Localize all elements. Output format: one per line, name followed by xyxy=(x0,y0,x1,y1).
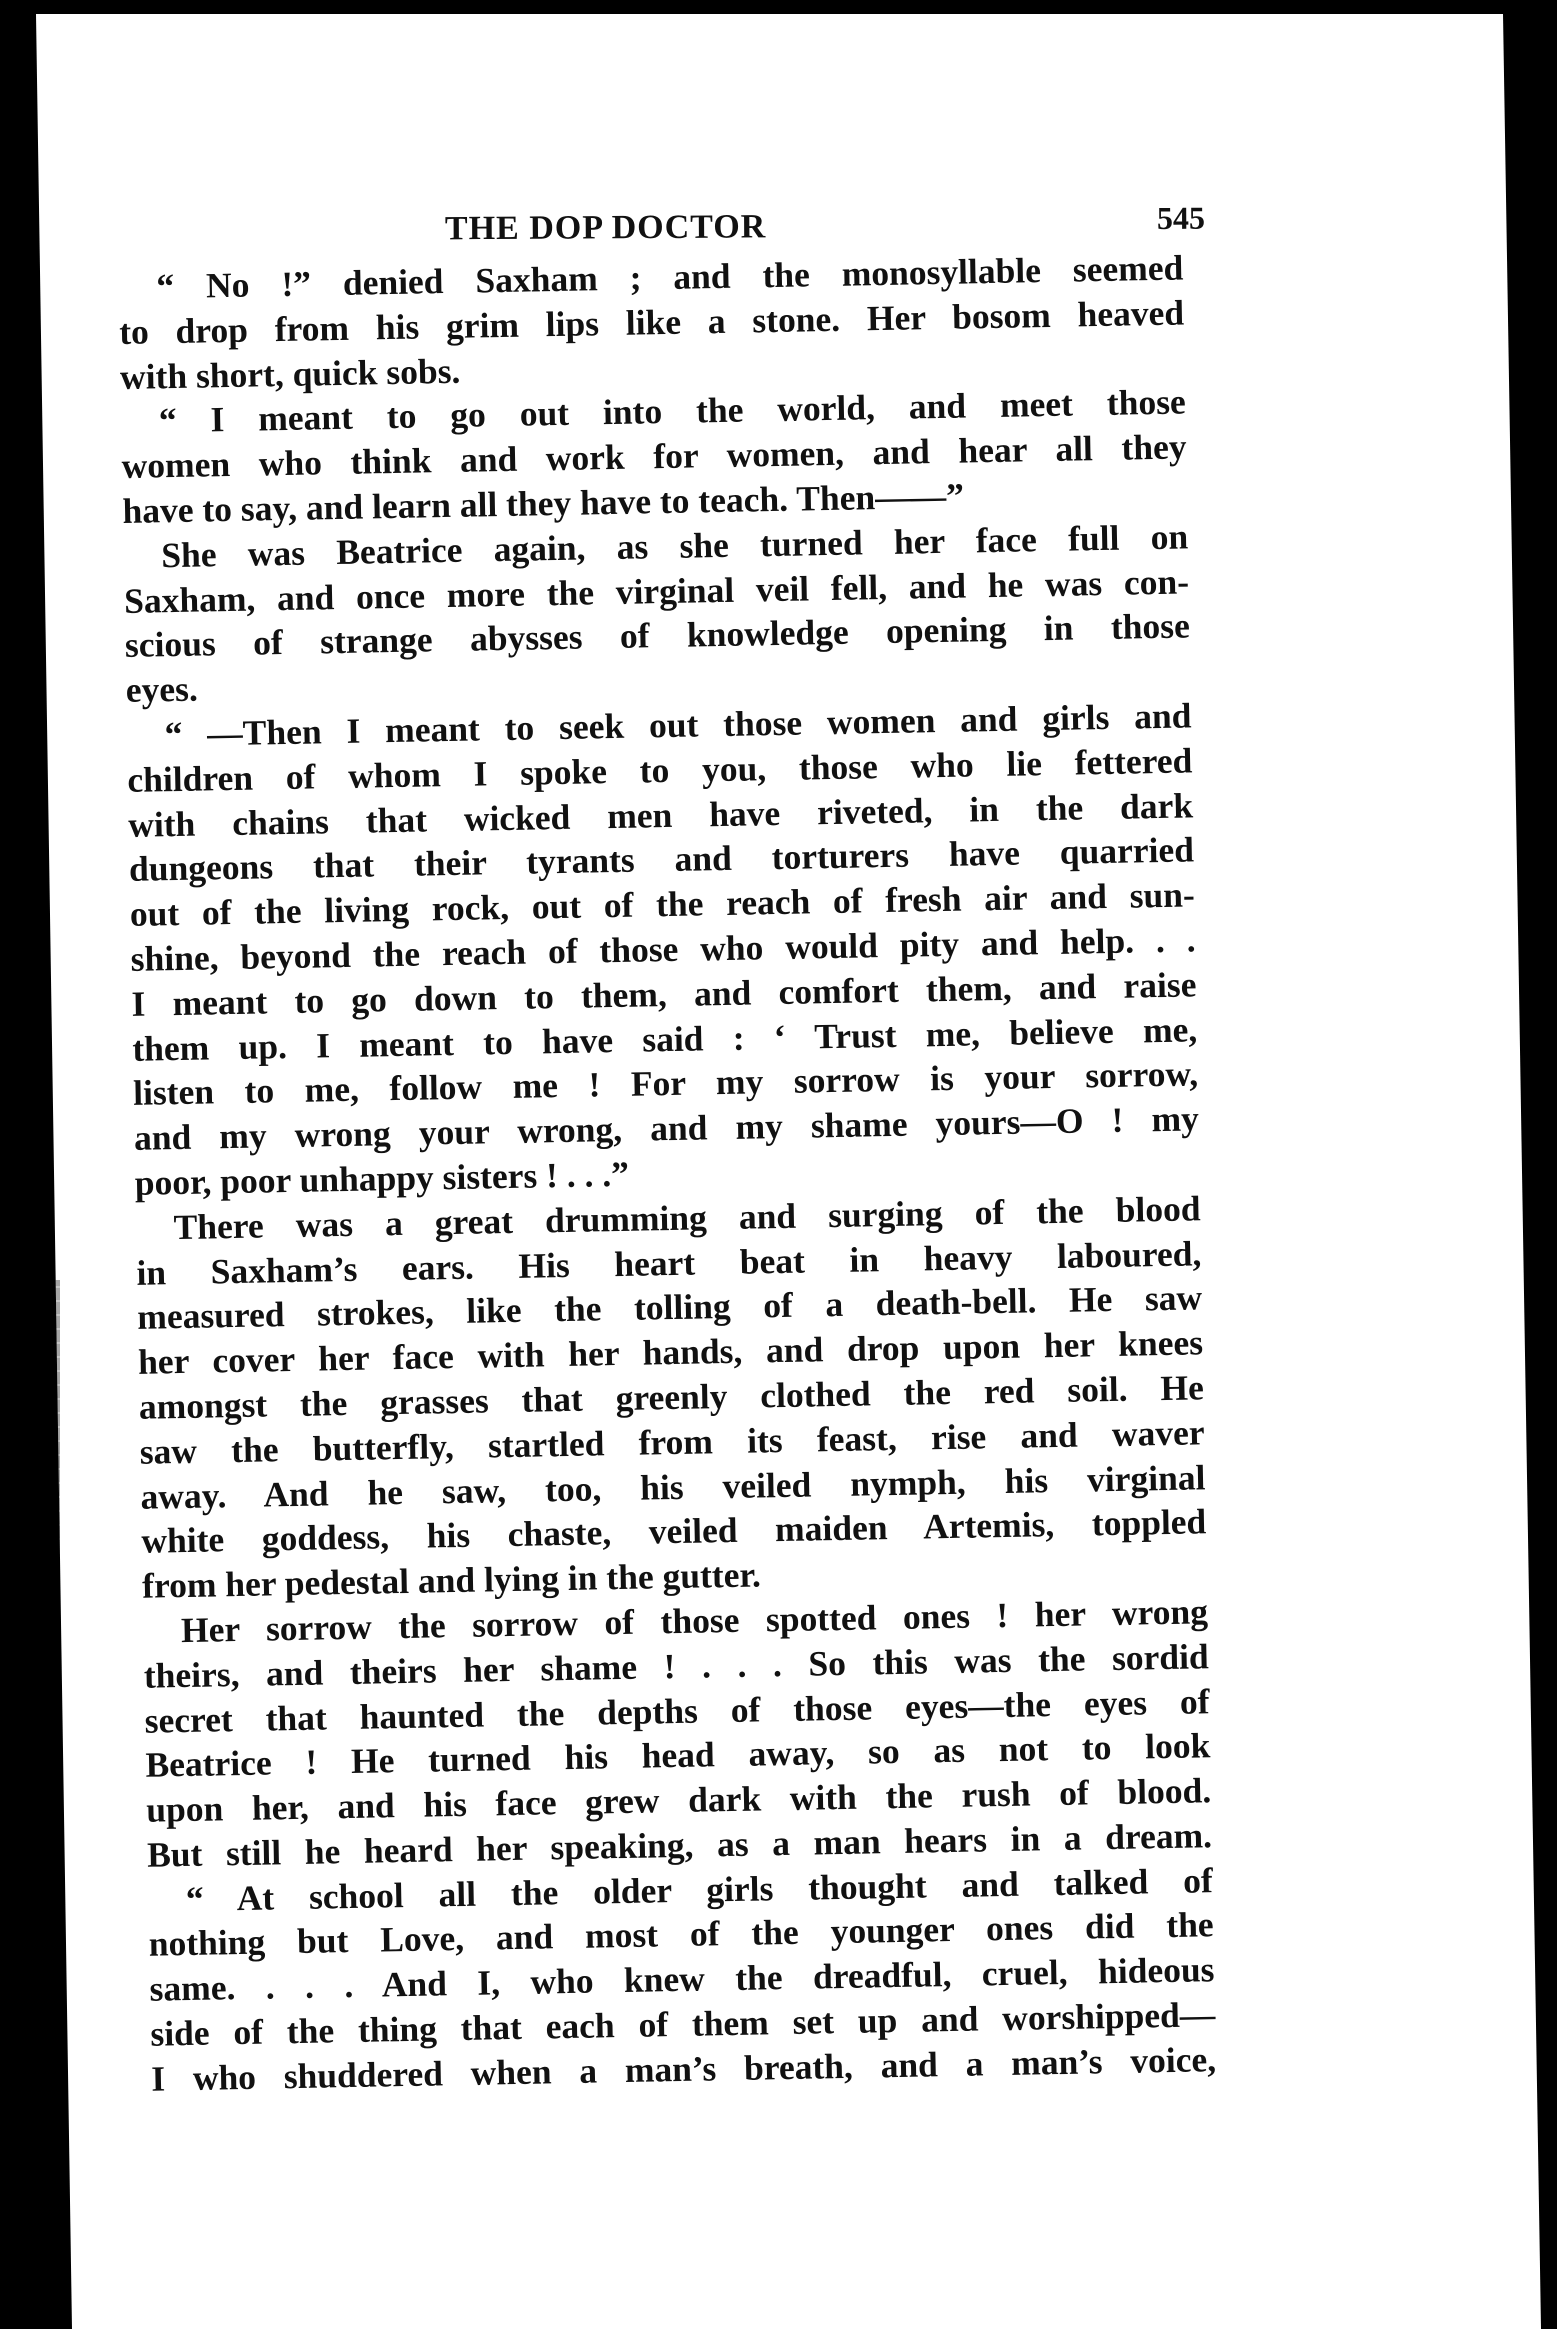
running-title: THE DOP DOCTOR xyxy=(445,208,767,248)
scan-edge-noise xyxy=(0,1280,60,2280)
book-page: THE DOP DOCTOR 545 “ No !” denied Saxham… xyxy=(0,0,1557,2329)
body-text: “ No !” denied Saxham ; and the monosyll… xyxy=(118,245,1216,2101)
page-number: 545 xyxy=(1157,200,1205,237)
